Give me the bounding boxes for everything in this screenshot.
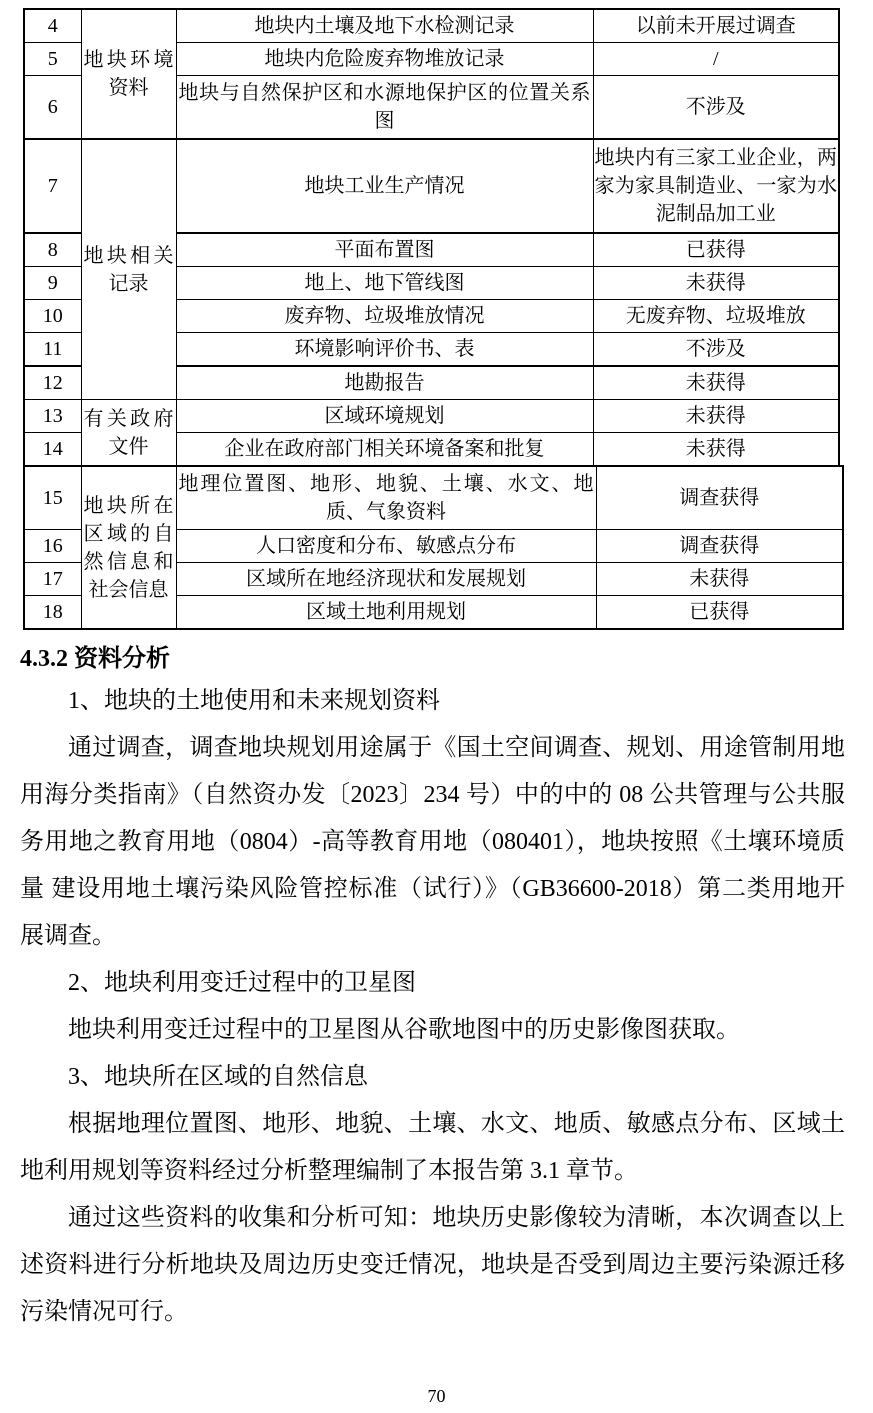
- status-cell: 无废弃物、垃圾堆放: [593, 300, 839, 333]
- status-cell: 不涉及: [593, 76, 839, 140]
- item-cell: 废弃物、垃圾堆放情况: [176, 300, 593, 333]
- status-cell: /: [593, 43, 839, 76]
- page-number: 70: [0, 1385, 873, 1407]
- item-cell: 地上、地下管线图: [176, 267, 593, 300]
- status-cell: 地块内有三家工业企业，两家为家具制造业、一家为水泥制品加工业: [593, 139, 839, 233]
- item-cell: 环境影响评价书、表: [176, 333, 593, 367]
- status-cell: 以前未开展过调查: [593, 9, 839, 43]
- status-cell: 已获得: [596, 596, 843, 630]
- status-cell: 未获得: [593, 267, 839, 300]
- item-cell: 企业在政府部门相关环境备案和批复: [176, 433, 593, 467]
- row-number-cell: 9: [24, 267, 81, 300]
- row-number-cell: 5: [24, 43, 81, 76]
- category-cell: 有关政府文件: [81, 400, 176, 467]
- row-number-cell: 14: [24, 433, 81, 467]
- row-number-cell: 17: [24, 563, 81, 596]
- status-cell: 调查获得: [596, 466, 843, 530]
- status-cell: 未获得: [593, 400, 839, 433]
- table-row: 7地块相关记录地块工业生产情况地块内有三家工业企业，两家为家具制造业、一家为水泥…: [24, 139, 839, 233]
- paragraph: 根据地理位置图、地形、地貌、土壤、水文、地质、敏感点分布、区域土地利用规划等资料…: [20, 1101, 845, 1195]
- paragraphs-container: 1、地块的土地使用和未来规划资料通过调查，调查地块规划用途属于《国土空间调查、规…: [20, 678, 845, 1336]
- item-cell: 地块内危险废弃物堆放记录: [176, 43, 593, 76]
- document-table-part-1: 4地块环境资料地块内土壤及地下水检测记录以前未开展过调查5地块内危险废弃物堆放记…: [23, 8, 840, 467]
- row-number-cell: 15: [24, 466, 81, 530]
- item-cell: 人口密度和分布、敏感点分布: [176, 530, 596, 563]
- status-cell: 未获得: [593, 433, 839, 467]
- section-content: 4.3.2 资料分析 1、地块的土地使用和未来规划资料通过调查，调查地块规划用途…: [20, 640, 845, 1336]
- paragraph: 通过这些资料的收集和分析可知：地块历史影像较为清晰，本次调查以上述资料进行分析地…: [20, 1195, 845, 1336]
- document-table-part-2: 15地块所在区域的自然信息和社会信息地理位置图、地形、地貌、土壤、水文、地质、气…: [23, 465, 844, 630]
- category-cell: 地块相关记录: [81, 139, 176, 400]
- status-cell: 未获得: [593, 366, 839, 400]
- item-cell: 地块内土壤及地下水检测记录: [176, 9, 593, 43]
- item-cell: 地理位置图、地形、地貌、土壤、水文、地质、气象资料: [176, 466, 596, 530]
- item-cell: 地块工业生产情况: [176, 139, 593, 233]
- table-row: 13有关政府文件区域环境规划未获得: [24, 400, 839, 433]
- status-cell: 未获得: [596, 563, 843, 596]
- row-number-cell: 12: [24, 366, 81, 400]
- row-number-cell: 13: [24, 400, 81, 433]
- paragraph: 地块利用变迁过程中的卫星图从谷歌地图中的历史影像图获取。: [20, 1007, 845, 1054]
- item-cell: 区域土地利用规划: [176, 596, 596, 630]
- item-cell: 区域环境规划: [176, 400, 593, 433]
- item-cell: 地勘报告: [176, 366, 593, 400]
- row-number-cell: 4: [24, 9, 81, 43]
- table-body-2: 15地块所在区域的自然信息和社会信息地理位置图、地形、地貌、土壤、水文、地质、气…: [24, 466, 843, 629]
- document-page: 4地块环境资料地块内土壤及地下水检测记录以前未开展过调查5地块内危险废弃物堆放记…: [0, 0, 873, 1413]
- row-number-cell: 16: [24, 530, 81, 563]
- row-number-cell: 18: [24, 596, 81, 630]
- row-number-cell: 10: [24, 300, 81, 333]
- status-cell: 不涉及: [593, 333, 839, 367]
- section-heading: 4.3.2 资料分析: [20, 640, 845, 678]
- category-cell: 地块所在区域的自然信息和社会信息: [81, 466, 176, 629]
- item-cell: 地块与自然保护区和水源地保护区的位置关系图: [176, 76, 593, 140]
- row-number-cell: 8: [24, 233, 81, 267]
- row-number-cell: 6: [24, 76, 81, 140]
- table-row: 15地块所在区域的自然信息和社会信息地理位置图、地形、地貌、土壤、水文、地质、气…: [24, 466, 843, 530]
- row-number-cell: 11: [24, 333, 81, 367]
- item-cell: 区域所在地经济现状和发展规划: [176, 563, 596, 596]
- status-cell: 调查获得: [596, 530, 843, 563]
- table-body-1: 4地块环境资料地块内土壤及地下水检测记录以前未开展过调查5地块内危险废弃物堆放记…: [24, 9, 839, 466]
- status-cell: 已获得: [593, 233, 839, 267]
- paragraph: 3、地块所在区域的自然信息: [20, 1054, 845, 1101]
- data-collection-table: 4地块环境资料地块内土壤及地下水检测记录以前未开展过调查5地块内危险废弃物堆放记…: [23, 8, 873, 630]
- paragraph: 1、地块的土地使用和未来规划资料: [20, 678, 845, 725]
- item-cell: 平面布置图: [176, 233, 593, 267]
- paragraph: 通过调查，调查地块规划用途属于《国土空间调查、规划、用途管制用地用海分类指南》（…: [20, 725, 845, 960]
- category-cell: 地块环境资料: [81, 9, 176, 139]
- paragraph: 2、地块利用变迁过程中的卫星图: [20, 960, 845, 1007]
- row-number-cell: 7: [24, 139, 81, 233]
- table-row: 4地块环境资料地块内土壤及地下水检测记录以前未开展过调查: [24, 9, 839, 43]
